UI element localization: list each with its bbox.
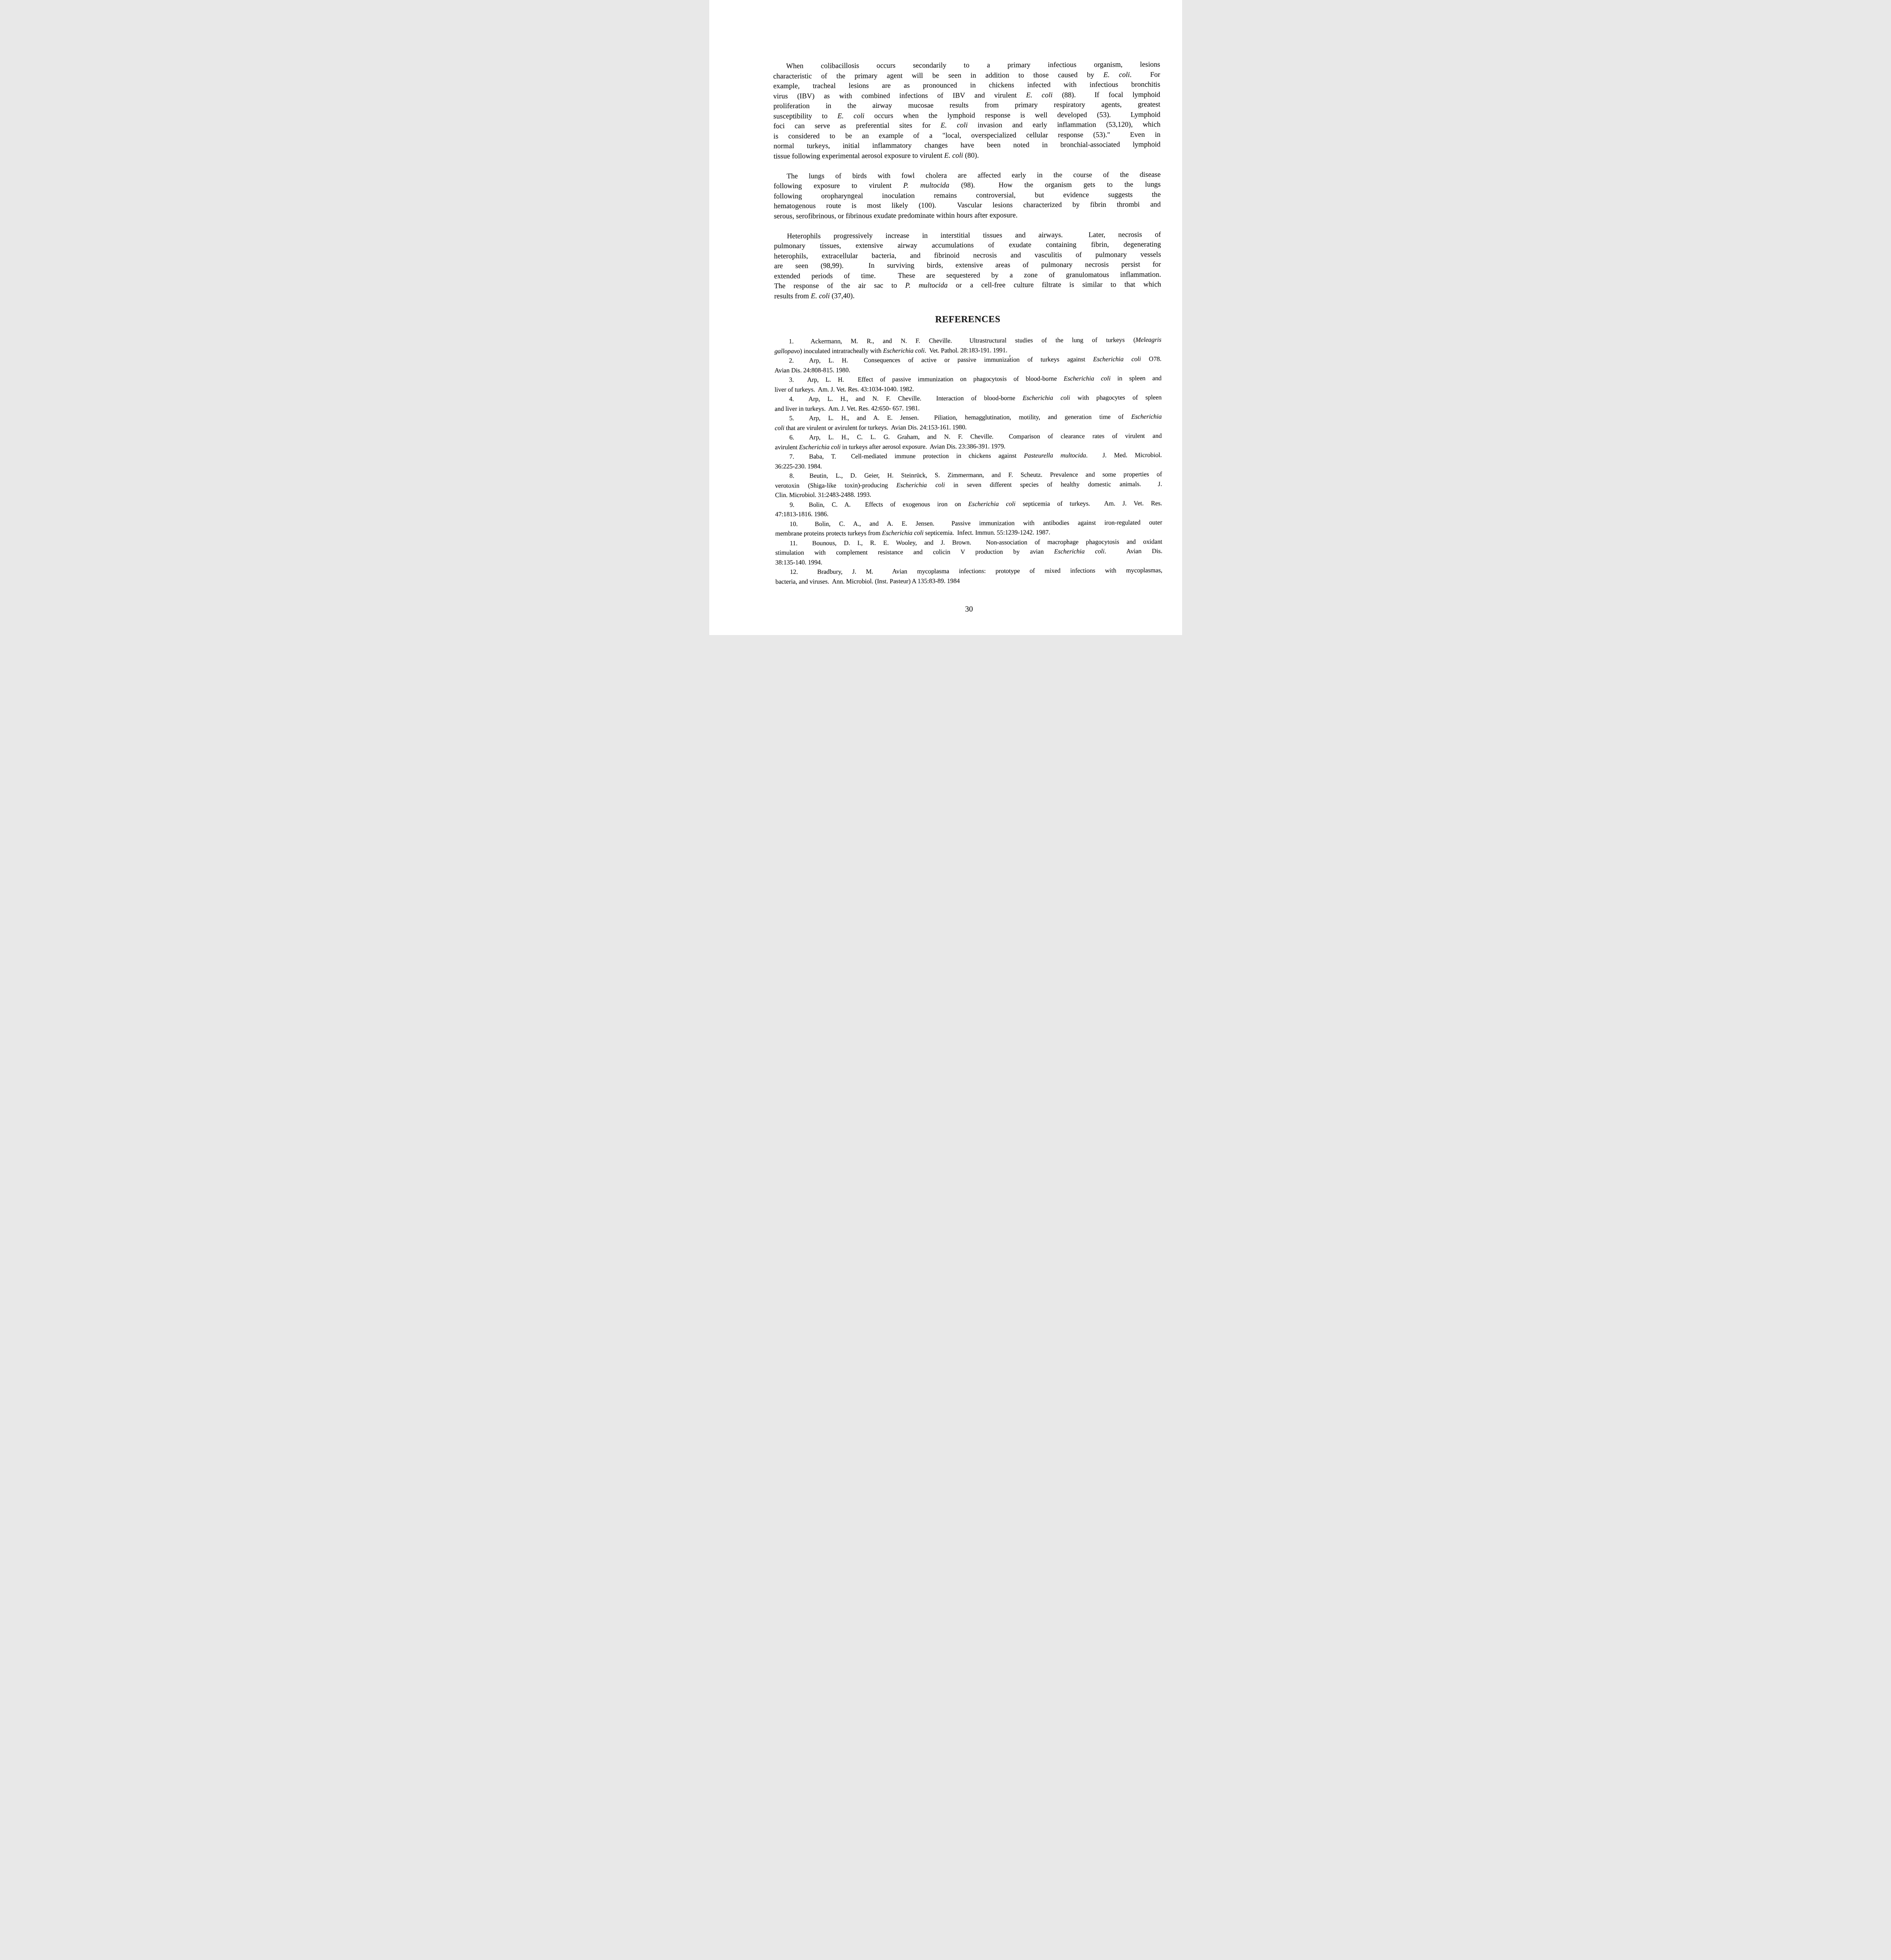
reference-item-6: 6. Arp, L. H., C. L. G. Graham, and N. F… bbox=[775, 431, 1162, 452]
reference-item-5: 5. Arp, L. H., and A. E. Jensen. Piliati… bbox=[774, 412, 1161, 433]
document-page: When colibacillosis occurs secondarily t… bbox=[709, 0, 1182, 635]
page-number: 30 bbox=[775, 604, 1162, 615]
reference-item-8: 8. Beutin, L., D. Geier, H. Steinrück, S… bbox=[775, 470, 1162, 500]
reference-item-12: 12. Bradbury, J. M. Avian mycoplasma inf… bbox=[775, 566, 1162, 586]
reference-item-3: 3. Arp, L. H. Effect of passive immuniza… bbox=[774, 374, 1161, 394]
page-content: When colibacillosis occurs secondarily t… bbox=[773, 60, 1162, 615]
reference-item-11: 11. Bounous, D. I., R. E. Wooley, and J.… bbox=[775, 537, 1162, 567]
reference-item-1: 1. Ackermann, M. R., and N. F. Cheville.… bbox=[774, 335, 1161, 356]
reference-item-10: 10. Bolin, C. A., and A. E. Jensen. Pass… bbox=[775, 517, 1162, 538]
references-list: 1. Ackermann, M. R., and N. F. Cheville.… bbox=[774, 335, 1162, 586]
paragraph-heterophils-necrosis: Heterophils progressively increase in in… bbox=[774, 230, 1161, 301]
reference-item-7: 7. Baba, T. Cell-mediated immune protect… bbox=[775, 450, 1162, 471]
reference-item-2: 2. Arp, L. H. Consequences of active or … bbox=[774, 354, 1161, 375]
references-heading: REFERENCES bbox=[774, 314, 1161, 325]
reference-item-9: 9. Bolin, C. A. Effects of exogenous iro… bbox=[775, 498, 1162, 519]
reference-item-4: 4. Arp, L. H., and N. F. Cheville. Inter… bbox=[774, 393, 1161, 414]
paragraph-fowl-cholera-lungs: The lungs of birds with fowl cholera are… bbox=[774, 170, 1161, 221]
paragraph-colibacillosis-secondary: When colibacillosis occurs secondarily t… bbox=[773, 60, 1160, 162]
